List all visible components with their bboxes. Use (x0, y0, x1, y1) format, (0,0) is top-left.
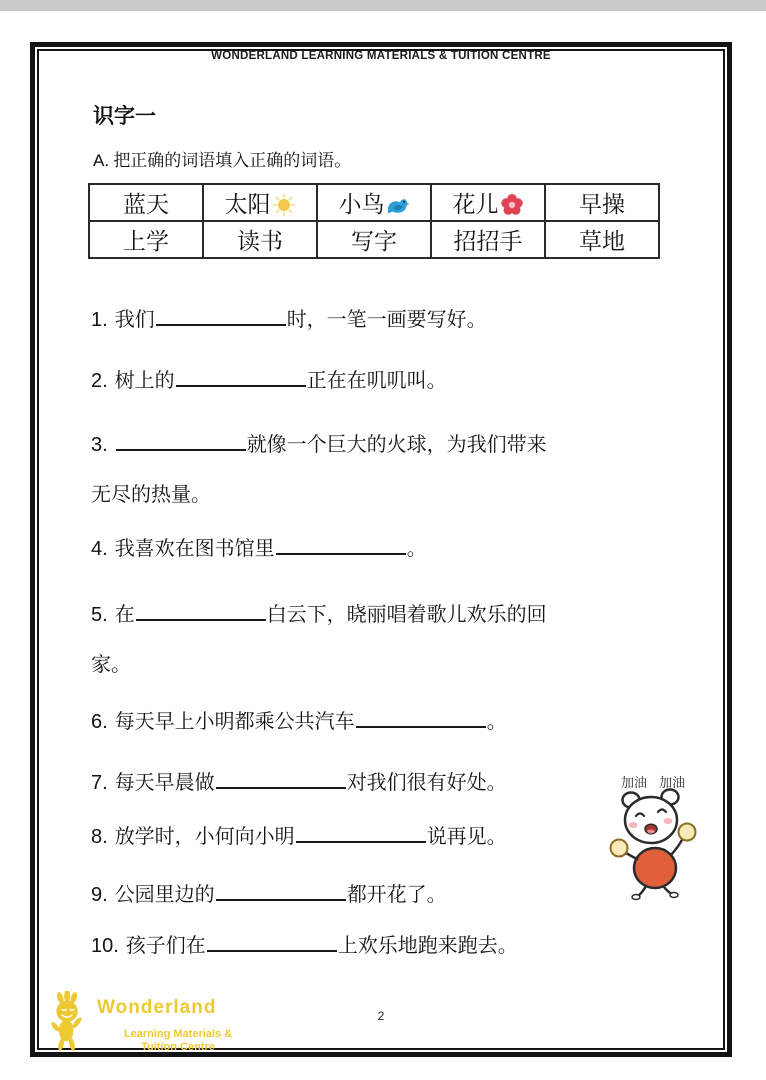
sentence-item: 8.放学时，小何向小明说再见。 (91, 812, 559, 862)
answer-blank (207, 936, 337, 952)
word-bank-row: 上学 读书 写字 招招手 草地 (89, 221, 659, 258)
sentence-item: 10.孩子们在上欢乐地跑来跑去。 (91, 921, 559, 971)
sentence-number: 3. (91, 434, 108, 456)
sentence-number: 2. (91, 370, 108, 392)
centre-header-title: WONDERLAND LEARNING MATERIALS & TUITION … (35, 50, 727, 62)
sentence-pre: 我喜欢在图书馆里 (115, 538, 275, 560)
answer-blank (116, 435, 246, 451)
sentence-number: 10. (91, 935, 119, 957)
answer-blank (216, 885, 346, 901)
sentence-number: 8. (91, 826, 108, 848)
sentence-pre: 在 (115, 604, 135, 626)
sentence-item: 9.公园里边的都开花了。 (91, 870, 559, 920)
sentence-number: 6. (91, 711, 108, 733)
word-cell: 蓝天 (89, 184, 203, 221)
sentence-item: 7.每天早晨做对我们很有好处。 (91, 758, 559, 808)
sentence-item: 2.树上的正在在叽叽叫。 (91, 356, 559, 406)
sentence-pre: 放学时，小何向小明 (115, 826, 295, 848)
instruction-body: 把正确的词语填入正确的词语。 (113, 151, 351, 170)
word-bank-row: 蓝天 太阳 小鸟 花儿 早操 (89, 184, 659, 221)
bird-icon (386, 195, 410, 217)
sentence-pre: 每天早晨做 (115, 772, 215, 794)
page-number: 2 (35, 1009, 727, 1023)
instruction-label: A. (93, 151, 109, 170)
sentence-item: 6.每天早上小明都乘公共汽车。 (91, 697, 559, 747)
sentence-number: 5. (91, 604, 108, 626)
sentence-post: 。 (487, 711, 507, 733)
word-cell: 太阳 (203, 184, 317, 221)
word-cell: 花儿 (431, 184, 545, 221)
sentence-pre: 树上的 (115, 370, 175, 392)
sentence-pre: 每天早上小明都乘公共汽车 (115, 711, 355, 733)
answer-blank (276, 539, 406, 555)
sentence-pre: 孩子们在 (126, 935, 206, 957)
answer-blank (356, 712, 486, 728)
answer-blank (296, 827, 426, 843)
sentence-pre: 我们 (115, 309, 155, 331)
sentence-post: 时，一笔一画要写好。 (287, 309, 487, 331)
worksheet-frame: WONDERLAND LEARNING MATERIALS & TUITION … (30, 42, 732, 1057)
word-cell: 招招手 (431, 221, 545, 258)
answer-blank (136, 605, 266, 621)
sentence-item: 1.我们时，一笔一画要写好。 (91, 295, 559, 345)
word-bank-table: 蓝天 太阳 小鸟 花儿 早操 上学 读书 写字 招招手 草地 (88, 183, 660, 259)
sentence-post: 正在在叽叽叫。 (307, 370, 447, 392)
word-cell: 上学 (89, 221, 203, 258)
sentence-item: 5.在白云下，晓丽唱着歌儿欢乐的回家。 (91, 590, 559, 690)
sentence-number: 1. (91, 309, 108, 331)
sentence-post: 都开花了。 (347, 884, 447, 906)
sentence-item: 4.我喜欢在图书馆里。 (91, 524, 559, 574)
answer-blank (176, 371, 306, 387)
word-cell: 写字 (317, 221, 431, 258)
sentence-number: 4. (91, 538, 108, 560)
flower-icon (500, 193, 524, 217)
section-title: 识字一 (93, 100, 156, 130)
sentence-pre: 公园里边的 (115, 884, 215, 906)
sentence-post: 。 (407, 538, 427, 560)
scan-edge-strip (0, 0, 766, 11)
word-cell: 读书 (203, 221, 317, 258)
brand-subtitle-line2: Tuition Centre (141, 1041, 215, 1053)
worksheet-page: WONDERLAND LEARNING MATERIALS & TUITION … (0, 0, 766, 1080)
word-cell: 草地 (545, 221, 659, 258)
sentence-item: 3.就像一个巨大的火球，为我们带来无尽的热量。 (91, 420, 559, 520)
word-cell: 小鸟 (317, 184, 431, 221)
sun-icon (272, 193, 296, 217)
instruction-text: A. 把正确的词语填入正确的词语。 (93, 146, 351, 171)
brand-subtitle: Learning Materials & Tuition Centre (97, 1028, 259, 1054)
answer-blank (156, 310, 286, 326)
sentence-post: 对我们很有好处。 (347, 772, 507, 794)
word-cell: 早操 (545, 184, 659, 221)
answer-blank (216, 773, 346, 789)
brand-subtitle-line1: Learning Materials & (124, 1028, 232, 1040)
sentence-number: 7. (91, 772, 108, 794)
sentence-post: 上欢乐地跑来跑去。 (338, 935, 518, 957)
sentence-post: 说再见。 (427, 826, 507, 848)
sentence-number: 9. (91, 884, 108, 906)
cheering-panda-sticker (609, 787, 703, 901)
